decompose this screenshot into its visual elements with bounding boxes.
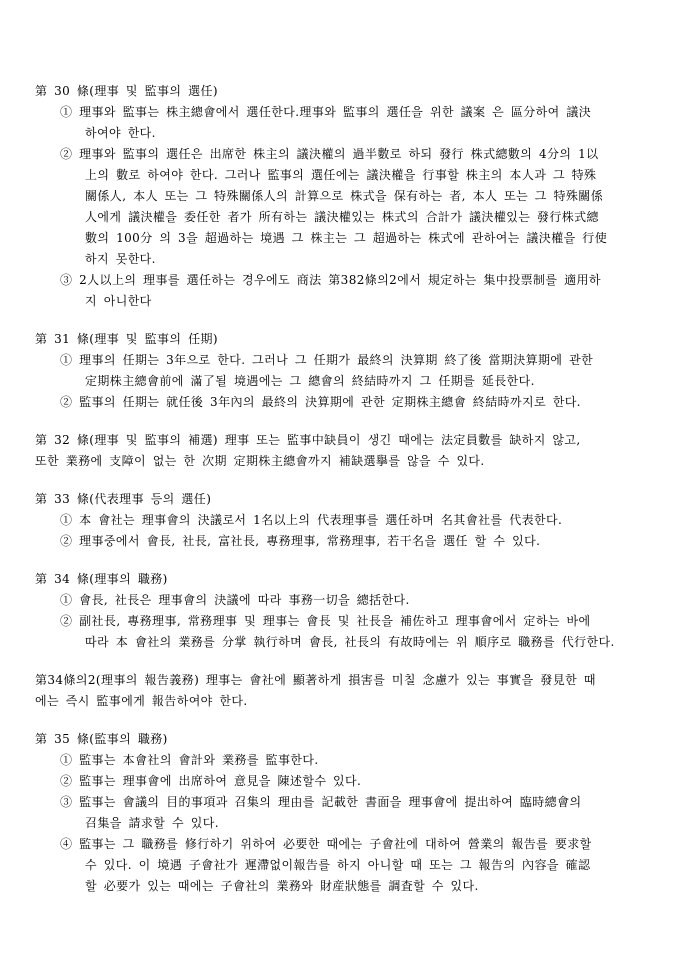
article-heading-line: 第 31 條(理事 및 監事의 任期) [35, 329, 652, 350]
document-body: 第 30 條(理事 및 監事의 選任)① 理事와 監事는 株主總會에서 選任한다… [0, 0, 680, 897]
article-text-line: 하지 못한다. [35, 249, 652, 270]
article-text-line: ① 監事는 本會社의 會計와 業務를 監事한다. [35, 750, 652, 771]
article-text-line: 에는 즉시 監事에게 報告하여야 한다. [35, 691, 652, 712]
article-text-line: 수 있다. 이 境遇 子會社가 遲滯없이報告를 하지 아니할 때 또는 그 報告… [35, 855, 652, 876]
article-heading-line: 第 33 條(代表理事 등의 選任) [35, 489, 652, 510]
article-text-line: ① 理事의 任期는 3年으로 한다. 그러나 그 任期가 最終의 決算期 終了後… [35, 350, 652, 371]
article-text-line: ① 會長, 社長은 理事會의 決議에 따라 事務一切을 總括한다. [35, 590, 652, 611]
article-text-line: ② 理事중에서 會長, 社長, 富社長, 專務理事, 常務理事, 若干名을 選任… [35, 531, 652, 552]
article-text-line: 지 아니한다 [35, 291, 652, 312]
article-heading-line: 第 34 條(理事의 職務) [35, 569, 652, 590]
article-text-line: 人에게 議決權을 委任한 者가 所有하는 議決權있는 株式의 合計가 議決權있는… [35, 207, 652, 228]
article-text-line: ④ 監事는 그 職務를 修行하기 위하여 必要한 때에는 子會社에 대하여 營業… [35, 834, 652, 855]
document-page: 第 30 條(理事 및 監事의 選任)① 理事와 監事는 株主總會에서 選任한다… [0, 0, 680, 962]
article-32: 第 32 條(理事 및 監事의 補選) 理事 또는 監事中缺員이 생긴 때에는 … [35, 430, 652, 472]
article-heading-line: 第34條의2(理事의 報告義務) 理事는 會社에 顯著하게 損害를 미칠 念慮가… [35, 670, 652, 691]
article-text-line: 召集을 請求할 수 있다. [35, 813, 652, 834]
article-text-line: 할 必要가 있는 때에는 子會社의 業務와 財産狀態를 調査할 수 있다. [35, 876, 652, 897]
article-35: 第 35 條(監事의 職務)① 監事는 本會社의 會計와 業務를 監事한다.② … [35, 729, 652, 897]
article-heading-line: 第 32 條(理事 및 監事의 補選) 理事 또는 監事中缺員이 생긴 때에는 … [35, 430, 652, 451]
article-34: 第 34 條(理事의 職務)① 會長, 社長은 理事會의 決議에 따라 事務一切… [35, 569, 652, 653]
article-33: 第 33 條(代表理事 등의 選任)① 本 會社는 理事會의 決議로서 1名以上… [35, 489, 652, 552]
article-text-line: 하여야 한다. [35, 123, 652, 144]
article-text-line: ② 理事와 監事의 選任은 出席한 株主의 議決權의 過半數로 하되 發行 株式… [35, 144, 652, 165]
article-text-line: ② 監事는 理事會에 出席하여 意見을 陳述할수 있다. [35, 771, 652, 792]
article-text-line: 또한 業務에 支障이 없는 한 次期 定期株主總會까지 補缺選擧를 않을 수 있… [35, 451, 652, 472]
article-text-line: 數의 100分 의 3을 超過하는 境遇 그 株主는 그 超過하는 株式에 관하… [35, 228, 652, 249]
article-text-line: 關係人, 本人 또는 그 特殊關係人의 計算으로 株式을 保有하는 者, 本人 … [35, 186, 652, 207]
article-text-line: 定期株主總會前에 滿了될 境遇에는 그 總會의 終結時까지 그 任期를 延長한다… [35, 371, 652, 392]
article-text-line: ① 理事와 監事는 株主總會에서 選任한다.理事와 監事의 選任을 위한 議案 … [35, 102, 652, 123]
article-31: 第 31 條(理事 및 監事의 任期)① 理事의 任期는 3年으로 한다. 그러… [35, 329, 652, 413]
article-text-line: 上의 數로 하여야 한다. 그러나 監事의 選任에는 議決權을 行事할 株主의 … [35, 165, 652, 186]
article-34-2: 第34條의2(理事의 報告義務) 理事는 會社에 顯著하게 損害를 미칠 念慮가… [35, 670, 652, 712]
article-text-line: 따라 本 會社의 業務를 分掌 執行하며 會長, 社長의 有故時에는 위 順序로… [35, 632, 652, 653]
article-heading-line: 第 30 條(理事 및 監事의 選任) [35, 81, 652, 102]
article-text-line: ② 副社長, 專務理事, 常務理事 및 理事는 會長 및 社長을 補佐하고 理事… [35, 611, 652, 632]
article-heading-line: 第 35 條(監事의 職務) [35, 729, 652, 750]
article-text-line: ③ 監事는 會議의 目的事項과 召集의 理由를 記載한 書面을 理事會에 提出하… [35, 792, 652, 813]
article-text-line: ② 監事의 任期는 就任後 3年內의 最終의 決算期에 관한 定期株主總會 終結… [35, 392, 652, 413]
article-text-line: ③ 2人以上의 理事를 選任하는 경우에도 商法 第382條의2에서 規定하는 … [35, 270, 652, 291]
article-text-line: ① 本 會社는 理事會의 決議로서 1名以上의 代表理事를 選任하며 名其會社를… [35, 510, 652, 531]
article-30: 第 30 條(理事 및 監事의 選任)① 理事와 監事는 株主總會에서 選任한다… [35, 81, 652, 312]
